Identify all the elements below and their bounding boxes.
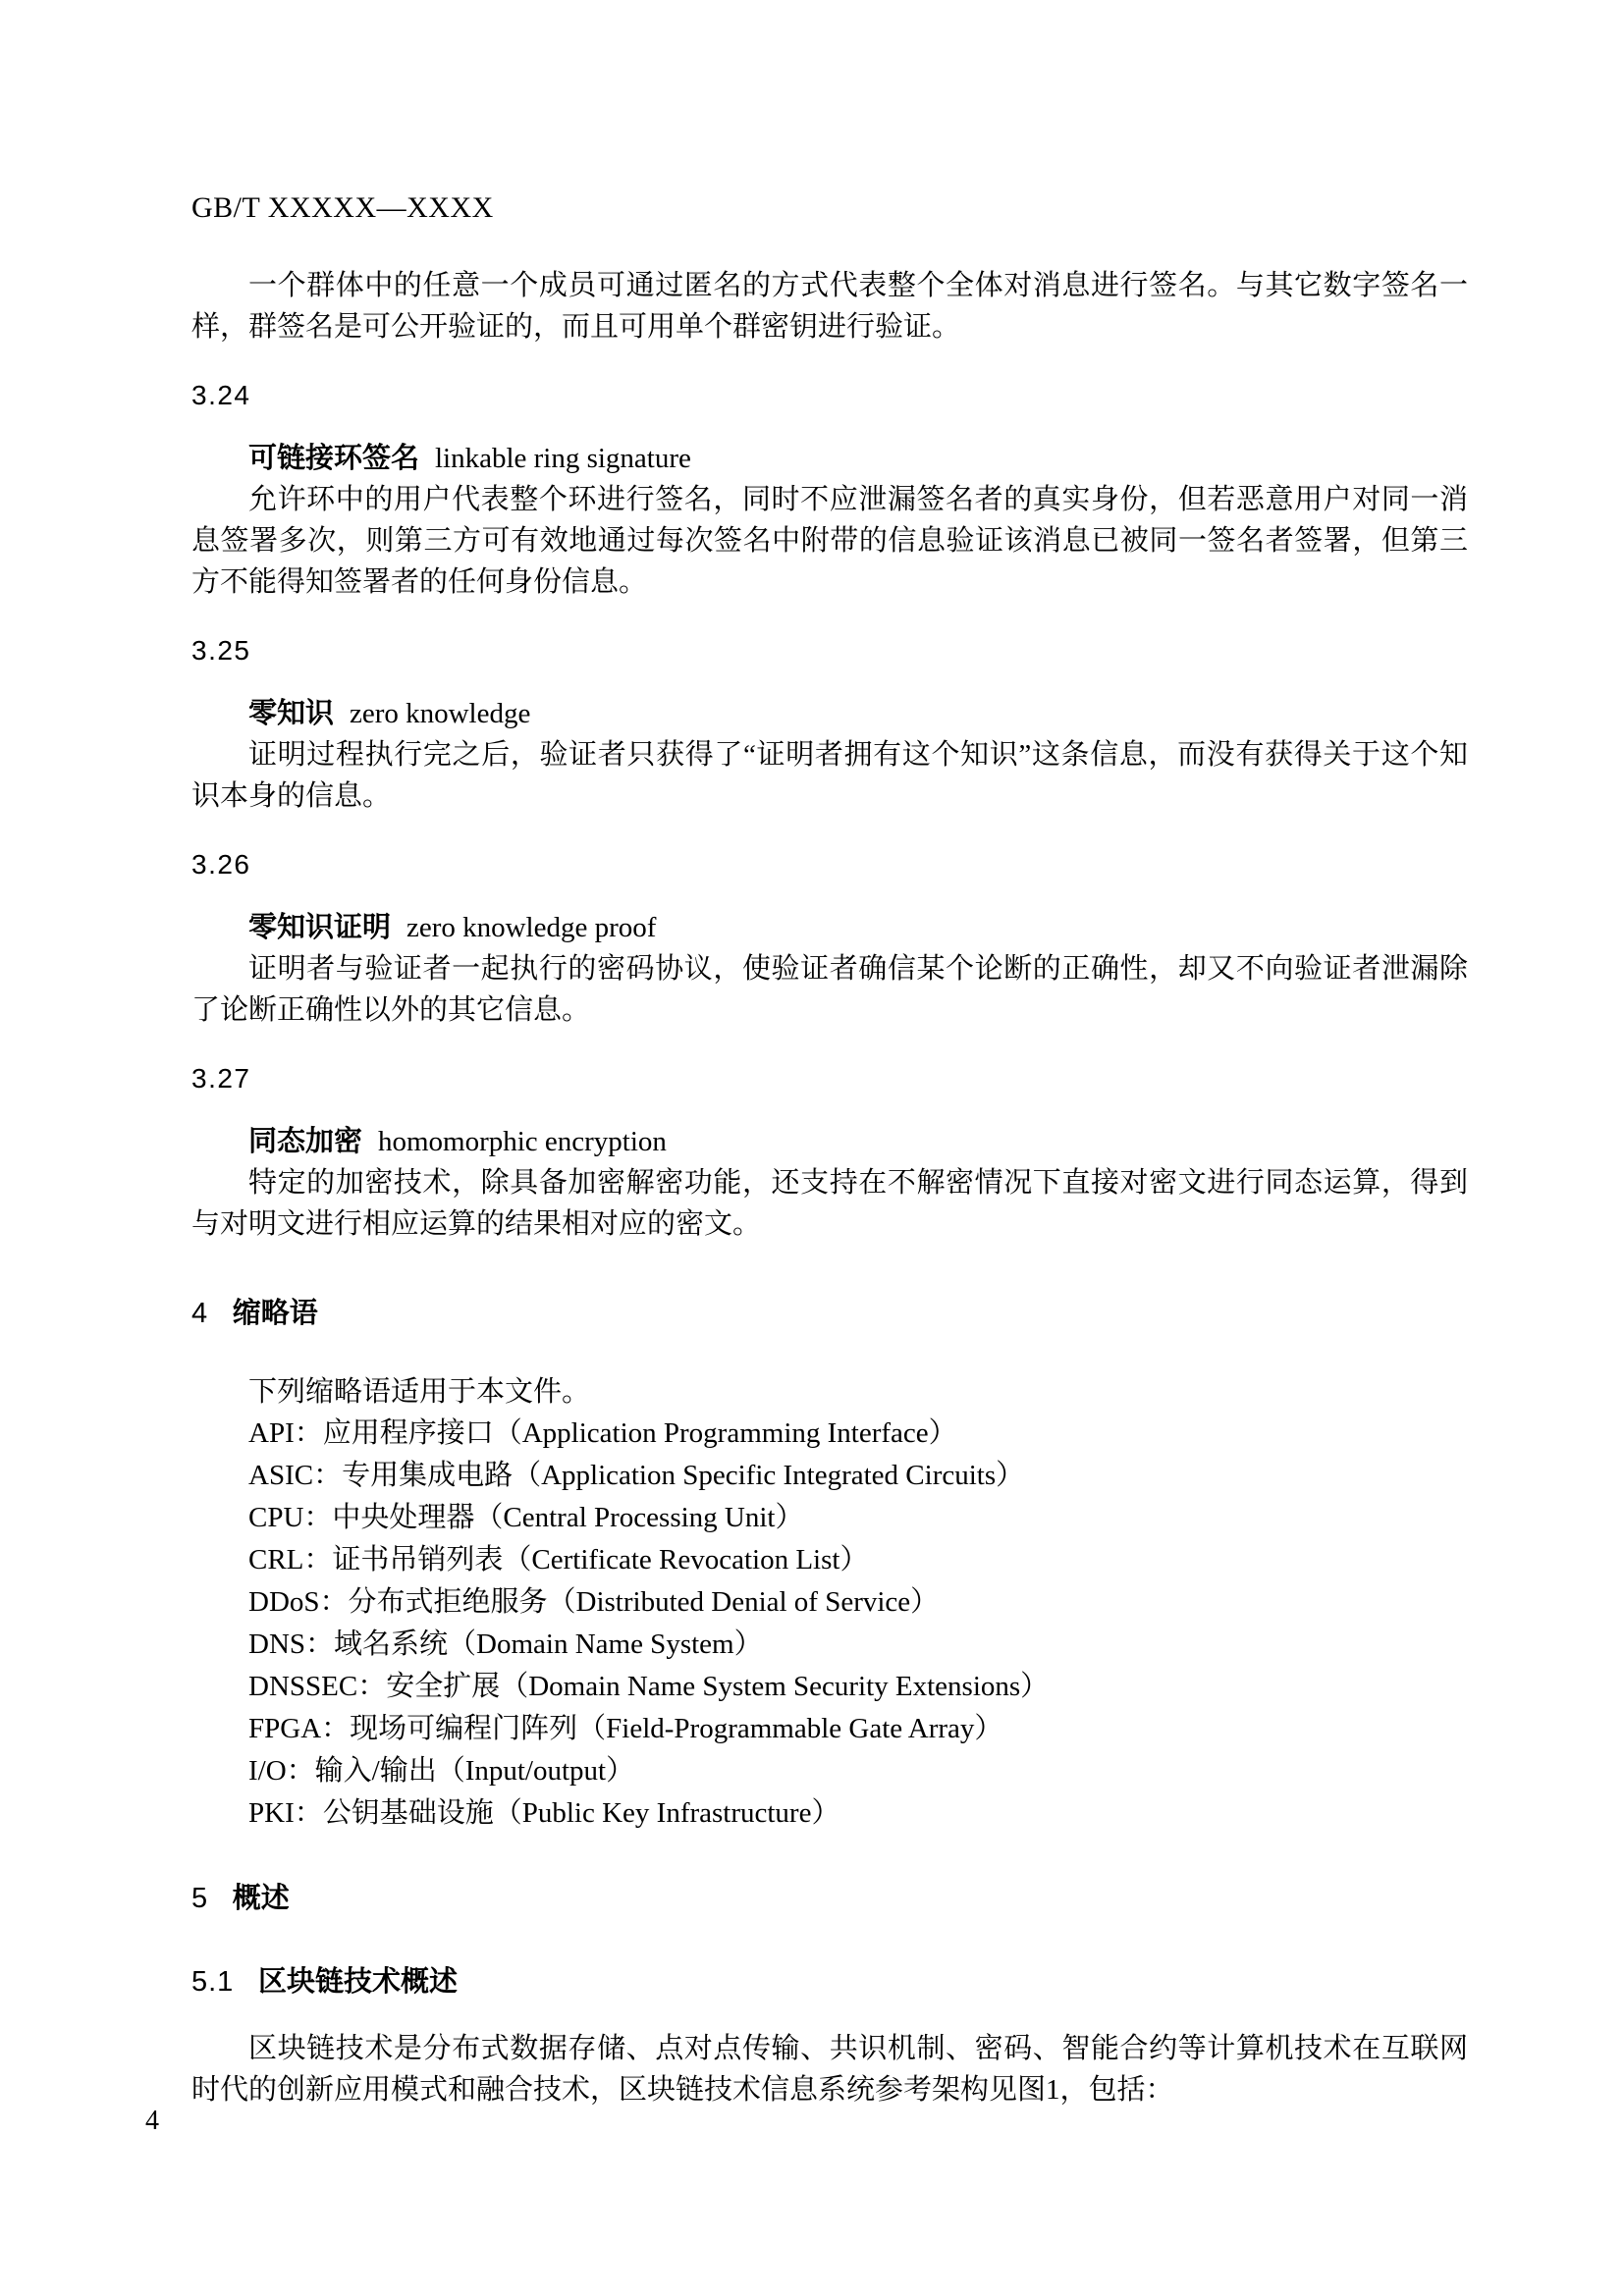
abbreviation-item: CPU：中央处理器（Central Processing Unit）	[191, 1497, 1468, 1539]
term-en: homomorphic encryption	[378, 1126, 667, 1157]
term-line: 可链接环签名linkable ring signature	[191, 438, 1468, 479]
term-definition: 证明过程执行完之后，验证者只获得了“证明者拥有这个知识”这条信息，而没有获得关于…	[191, 734, 1468, 817]
section-heading-overview: 5概述	[191, 1878, 1468, 1919]
term-definition: 允许环中的用户代表整个环进行签名，同时不应泄漏签名者的真实身份，但若恶意用户对同…	[191, 479, 1468, 603]
abbreviation-item: I/O：输入/输出（Input/output）	[191, 1750, 1468, 1792]
term-en: zero knowledge	[350, 698, 530, 729]
abbreviation-list: API：应用程序接口（Application Programming Inter…	[191, 1413, 1468, 1835]
clause-number: 3.24	[191, 375, 1468, 416]
abbreviation-item: ASIC：专用集成电路（Application Specific Integra…	[191, 1455, 1468, 1497]
term-line: 同态加密homomorphic encryption	[191, 1121, 1468, 1162]
abbreviation-item: FPGA：现场可编程门阵列（Field-Programmable Gate Ar…	[191, 1708, 1468, 1750]
term-zh: 可链接环签名	[248, 443, 419, 474]
abbreviation-item: PKI：公钥基础设施（Public Key Infrastructure）	[191, 1792, 1468, 1835]
section-title: 区块链技术概述	[258, 1966, 458, 1998]
term-en: zero knowledge proof	[406, 912, 656, 943]
section-number: 4	[191, 1298, 208, 1329]
section-number: 5.1	[191, 1966, 234, 1998]
term-zh: 零知识证明	[248, 912, 391, 943]
abbreviation-item: DNSSEC：安全扩展（Domain Name System Security …	[191, 1666, 1468, 1708]
term-line: 零知识证明zero knowledge proof	[191, 907, 1468, 948]
term-zh: 零知识	[248, 698, 334, 729]
group-signature-paragraph: 一个群体中的任意一个成员可通过匿名的方式代表整个全体对消息进行签名。与其它数字签…	[191, 265, 1468, 347]
term-en: linkable ring signature	[435, 443, 691, 474]
term-definition: 证明者与验证者一起执行的密码协议，使验证者确信某个论断的正确性，却又不向验证者泄…	[191, 948, 1468, 1031]
section-number: 5	[191, 1883, 208, 1914]
abbreviation-item: DDoS：分布式拒绝服务（Distributed Denial of Servi…	[191, 1581, 1468, 1624]
term-zh: 同态加密	[248, 1126, 362, 1157]
blockchain-overview-paragraph: 区块链技术是分布式数据存储、点对点传输、共识机制、密码、智能合约等计算机技术在互…	[191, 2028, 1468, 2110]
abbreviations-intro: 下列缩略语适用于本文件。	[191, 1371, 1468, 1413]
document-header: GB/T XXXXX—XXXX	[191, 191, 1468, 225]
section-heading-abbreviations: 4缩略语	[191, 1293, 1468, 1334]
section-title: 概述	[233, 1883, 290, 1914]
abbreviation-item: API：应用程序接口（Application Programming Inter…	[191, 1413, 1468, 1455]
abbreviation-item: DNS：域名系统（Domain Name System）	[191, 1624, 1468, 1666]
section-title: 缩略语	[233, 1298, 318, 1329]
clause-number: 3.26	[191, 844, 1468, 885]
term-line: 零知识zero knowledge	[191, 693, 1468, 734]
abbreviation-item: CRL：证书吊销列表（Certificate Revocation List）	[191, 1539, 1468, 1581]
clause-number: 3.25	[191, 630, 1468, 671]
document-page: GB/T XXXXX—XXXX 一个群体中的任意一个成员可通过匿名的方式代表整个…	[0, 0, 1624, 2296]
term-definition: 特定的加密技术，除具备加密解密功能，还支持在不解密情况下直接对密文进行同态运算，…	[191, 1162, 1468, 1245]
clause-number: 3.27	[191, 1058, 1468, 1099]
page-number: 4	[145, 2105, 159, 2138]
section-heading-blockchain-overview: 5.1区块链技术概述	[191, 1961, 1468, 2002]
